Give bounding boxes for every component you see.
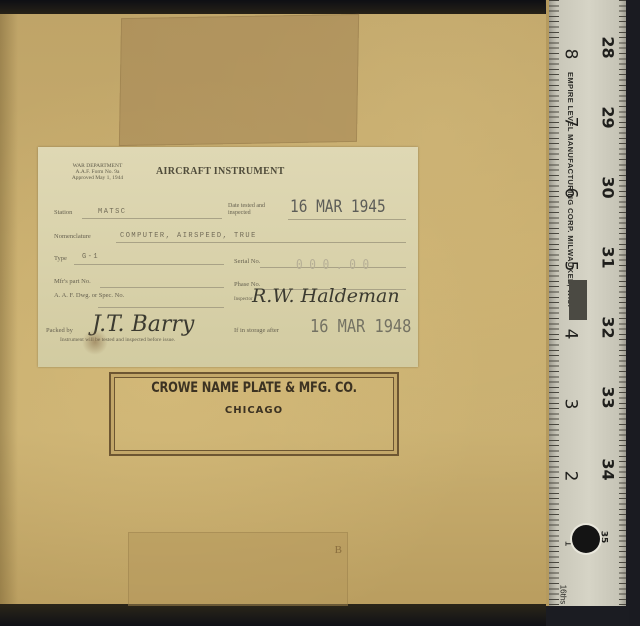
inspection-tag: WAR DEPARTMENT A.A.F. Form No. 9a Approv…	[38, 147, 418, 367]
aaf-dwg-line	[98, 307, 224, 308]
tape-mark: B	[335, 544, 342, 556]
tape-piece-bottom: B	[128, 532, 348, 606]
ruler-hang-hole	[572, 525, 600, 553]
ruler-foot-label: 16ths	[558, 585, 567, 605]
nomenclature-line	[116, 242, 406, 243]
inch-mark: 8	[560, 49, 580, 60]
date-stamp: 16 MAR 1945	[290, 197, 386, 217]
inspector-signature: R.W. Haldeman	[252, 285, 400, 307]
station-value: MATSC	[98, 208, 127, 216]
stain	[82, 329, 108, 355]
station-line	[82, 218, 222, 219]
inch-mark: 2	[560, 471, 580, 482]
mfr-part-label: Mfr's part No.	[54, 278, 91, 285]
tape-piece-top	[119, 14, 359, 146]
date-label: Date tested and inspected	[228, 203, 276, 217]
date-line	[288, 219, 406, 220]
type-line	[74, 264, 224, 265]
expiry-stamp: 16 MAR 1948	[310, 316, 411, 337]
serial-faded-stamp: 0 0 0 . 0 0	[296, 258, 369, 273]
empire-logo	[569, 280, 587, 320]
serial-label: Serial No.	[234, 258, 260, 265]
department-header: WAR DEPARTMENT A.A.F. Form No. 9a Approv…	[50, 163, 145, 181]
box-edge	[0, 14, 18, 608]
type-value: G-1	[82, 253, 99, 261]
dark-background-right	[626, 0, 640, 626]
nomenclature-value: COMPUTER, AIRSPEED, TRUE	[120, 232, 257, 240]
manufacturer-nameplate: CROWE NAME PLATE & MFG. CO. CHICAGO	[109, 372, 399, 456]
packed-by-label: Packed by	[46, 327, 73, 334]
nomenclature-label: Nomenclature	[54, 233, 91, 240]
inch-mark: 4	[560, 329, 580, 340]
bottom-shadow	[0, 604, 548, 626]
company-name: CROWE NAME PLATE & MFG. CO.	[137, 380, 372, 396]
tag-title: AIRCRAFT INSTRUMENT	[156, 166, 285, 177]
cm-mark: 32	[599, 316, 618, 338]
company-city: CHICAGO	[111, 405, 397, 416]
cm-mark: 31	[599, 246, 618, 268]
photo-scene: CROWE NAME PLATE & MFG. CO. CHICAGO B WA…	[0, 0, 640, 626]
cm-mark: 30	[599, 176, 618, 198]
type-label: Type	[54, 255, 67, 262]
ruler-shadow-bottom	[546, 606, 629, 626]
inspector-label: Inspector	[234, 297, 253, 302]
instruction-line: Instrument will be tested and inspected …	[60, 337, 175, 343]
steel-ruler: 8 7 6 5 4 3 2 1 28 29 30 31 32 33 34 35 …	[546, 0, 629, 610]
cm-mark: 29	[599, 106, 618, 128]
mfr-part-line	[100, 287, 224, 288]
station-label: Station	[54, 209, 72, 216]
storage-label: If in storage after	[234, 327, 279, 334]
cm-mark: 34	[599, 458, 618, 480]
packer-signature: J.T. Barry	[92, 312, 194, 337]
cm-mark: 33	[599, 386, 618, 408]
aaf-dwg-label: A. A. F. Dwg. or Spec. No.	[54, 292, 134, 299]
inch-mark: 3	[560, 399, 580, 410]
cm-mark: 28	[599, 36, 618, 58]
